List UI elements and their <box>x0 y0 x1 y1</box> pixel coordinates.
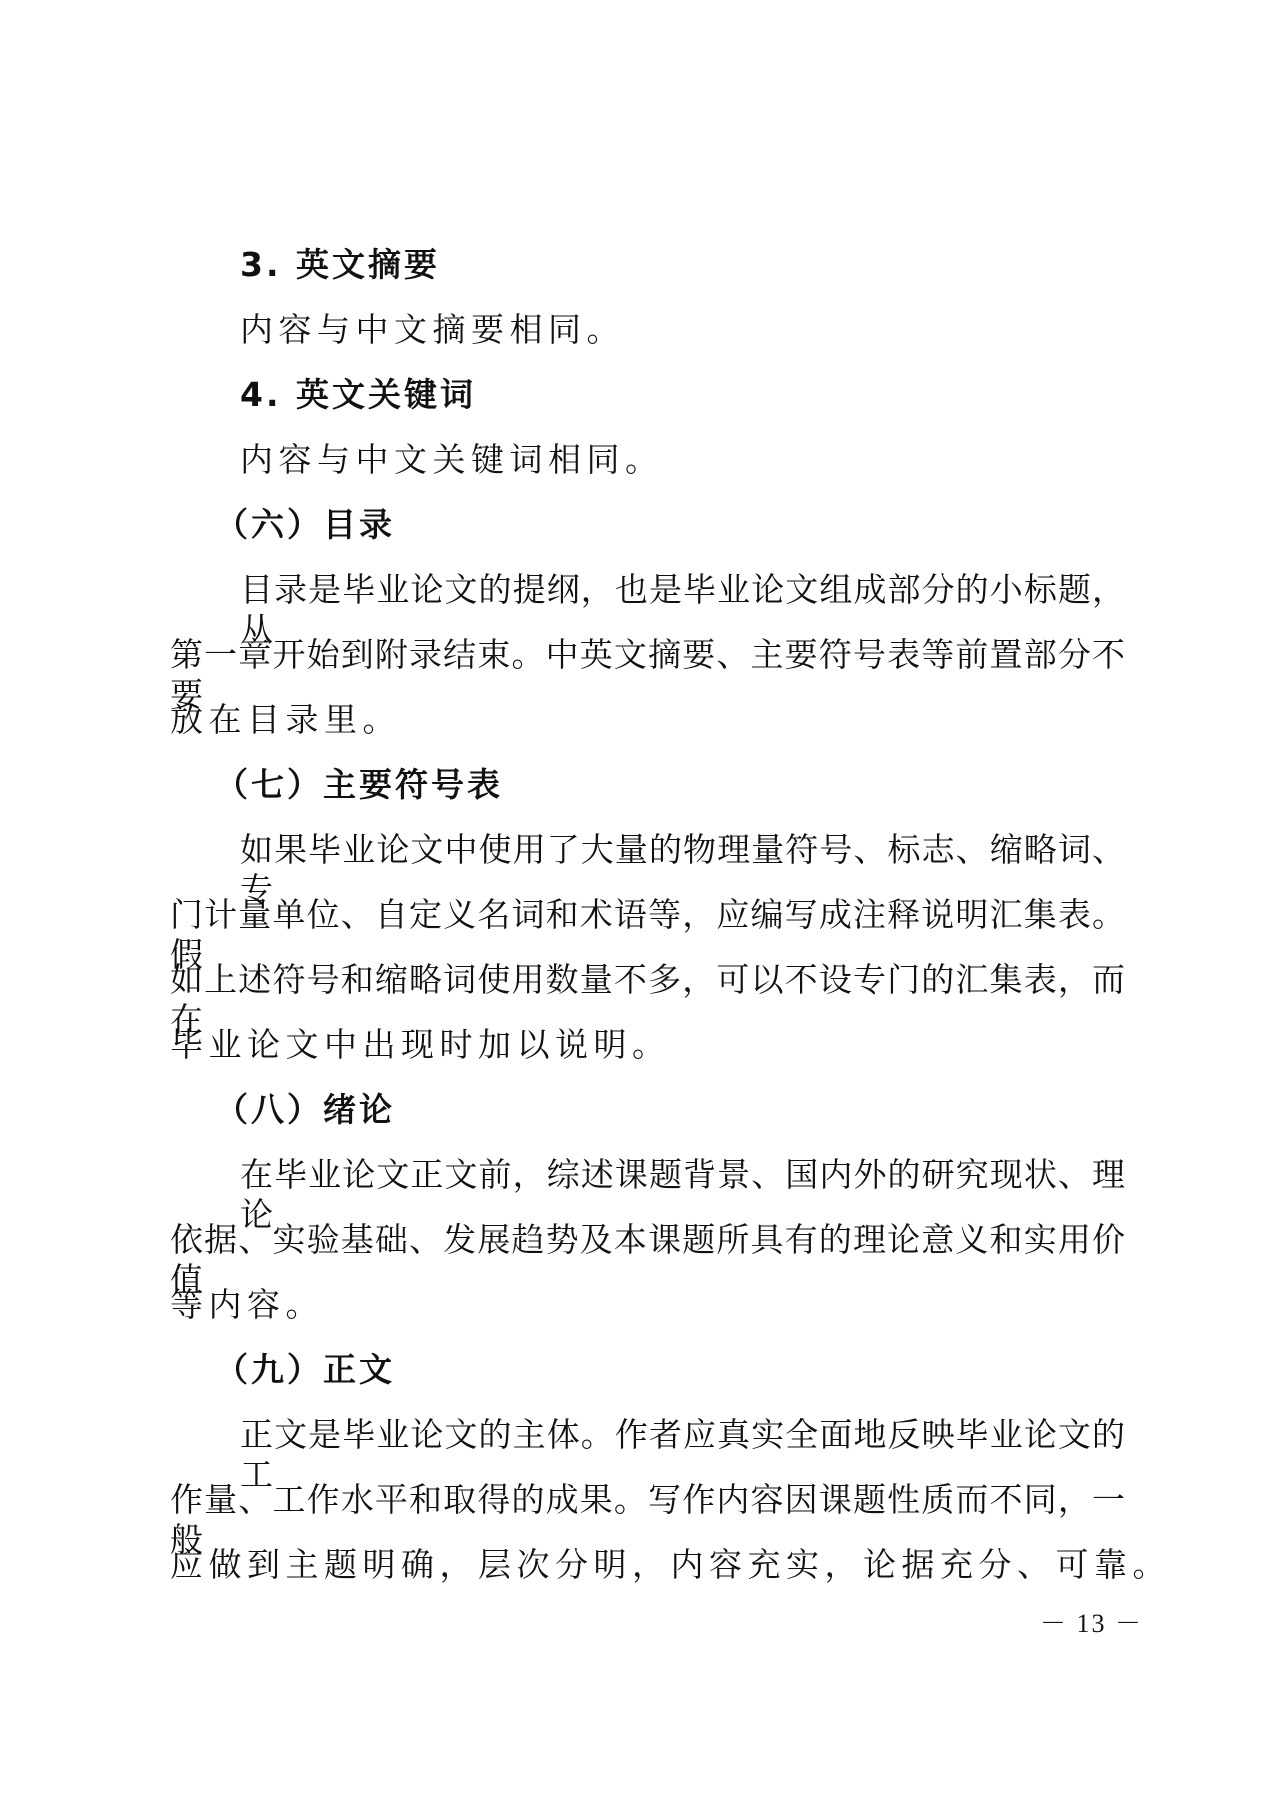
heading-main-body: （九）正文 <box>215 1350 1170 1390</box>
heading-english-abstract: 3. 英文摘要 <box>240 245 1195 285</box>
paragraph-line: 放在目录里。 <box>170 700 1125 740</box>
heading-english-keywords: 4. 英文关键词 <box>240 375 1195 415</box>
paragraph-line: 应做到主题明确，层次分明，内容充实，论据充分、可靠。 <box>170 1545 1125 1585</box>
heading-introduction: （八）绪论 <box>215 1090 1170 1130</box>
paragraph-line: 内容与中文摘要相同。 <box>240 310 1195 350</box>
paragraph-line: 等内容。 <box>170 1285 1125 1325</box>
heading-symbol-table: （七）主要符号表 <box>215 765 1170 805</box>
paragraph-line: 内容与中文关键词相同。 <box>240 440 1195 480</box>
heading-table-of-contents: （六）目录 <box>215 505 1170 545</box>
page-number: － 13 － <box>1040 1603 1143 1640</box>
paragraph-line: 毕业论文中出现时加以说明。 <box>170 1025 1125 1065</box>
